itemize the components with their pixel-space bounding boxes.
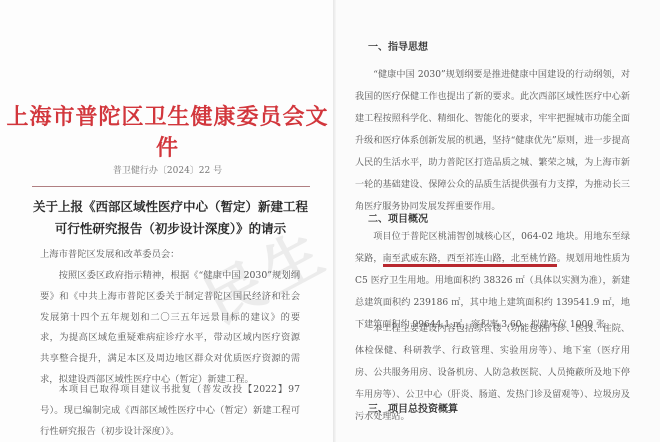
section-heading-investment: 三、项目总投资概算 (368, 400, 458, 415)
issuer-header: 上海市普陀区卫生健康委员会文件 (0, 100, 335, 162)
request-paragraph-2: 本项目已取得项目建议书批复（普发改投【2022】97 号）。现已编制完成《西部区… (40, 380, 300, 442)
page-gutter (333, 0, 336, 442)
left-document-page: 上海市普陀区卫生健康委员会文件 普卫健行办〔2024〕22 号 关于上报《西部区… (0, 0, 335, 442)
header-separator (32, 186, 310, 187)
request-paragraph-1: 按照区委区政府指示精神，根据《“健康中国 2030”规划纲要》和《中共上海市普陀… (40, 266, 300, 391)
section-heading-project-overview: 二、项目概况 (368, 210, 428, 225)
guiding-ideology-paragraph: “健康中国 2030”规划纲要是推进健康中国建设的行动纲领，对我国的医疗保健工作… (355, 64, 630, 218)
document-title: 关于上报《西部区域性医疗中心（暂定）新建工程可行性研究报告（初步设计深度）》的请… (28, 196, 313, 240)
addressee: 上海市普陀区发展和改革委员会： (40, 245, 300, 266)
section-heading-guiding-ideology: 一、指导思想 (368, 38, 428, 53)
highlighted-boundaries: 南至武威东路，西至祁连山路，北至桃竹路 (383, 254, 557, 267)
document-number: 普卫健行办〔2024〕22 号 (0, 163, 335, 176)
